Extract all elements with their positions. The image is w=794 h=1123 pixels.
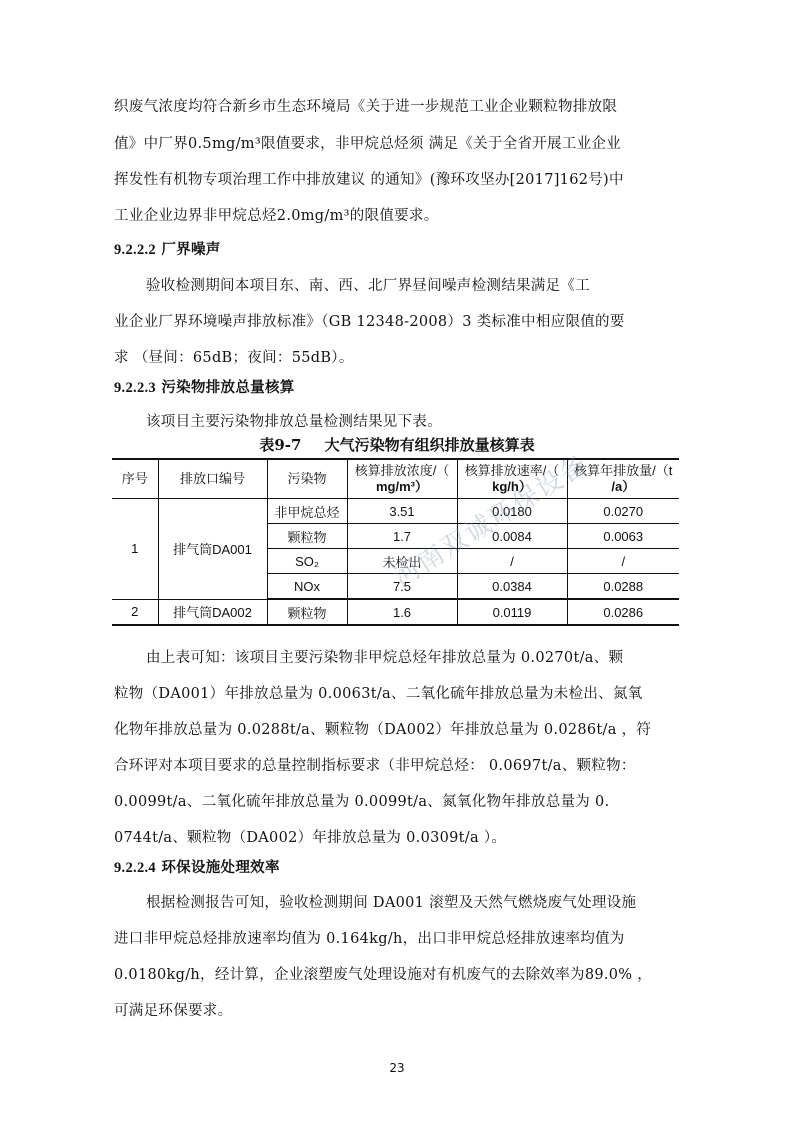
table-row: 1 排气筒DA001 非甲烷总烃 3.51 0.0180 0.0270 — [112, 499, 679, 524]
cell-rate: / — [457, 549, 567, 574]
paragraph-line: 值》中厂界0.5mg/m³限值要求，非甲烷总烃须 满足《关于全省开展工业企业 — [114, 132, 621, 153]
paragraph-line: 工业企业边界非甲烷总烃2.0mg/m³的限值要求。 — [114, 204, 439, 225]
cell-outlet: 排气筒DA002 — [158, 599, 267, 625]
cell-seq: 1 — [112, 499, 158, 600]
paragraph-line: 由上表可知：该项目主要污染物非甲烷总烃年排放总量为 0.0270t/a、颗 — [146, 646, 623, 667]
section-heading-noise: 9.2.2.2 厂界噪声 — [114, 238, 221, 259]
table-caption: 表9-7 大气污染物有组织排放量核算表 — [0, 434, 794, 455]
paragraph-line: 求 （昼间：65dB；夜间：55dB）。 — [114, 346, 354, 367]
section-number: 9.2.2.3 — [114, 380, 156, 396]
cell-pollutant: 颗粒物 — [267, 524, 347, 549]
cell-annual: 0.0288 — [567, 574, 679, 600]
table-caption-title: 大气污染物有组织排放量核算表 — [325, 436, 535, 454]
cell-annual: / — [567, 549, 679, 574]
cell-annual: 0.0270 — [567, 499, 679, 524]
cell-pollutant: NOx — [267, 574, 347, 600]
cell-concentration: 1.7 — [347, 524, 457, 549]
cell-rate: 0.0384 — [457, 574, 567, 600]
table-row: 2 排气筒DA002 颗粒物 1.6 0.0119 0.0286 — [112, 599, 679, 625]
emission-table: 序号 排放口编号 污染物 核算排放浓度/（ mg/m³） 核算排放速率/（ kg… — [112, 458, 679, 626]
section-heading-total: 9.2.2.3 污染物排放总量核算 — [114, 376, 295, 397]
cell-pollutant: 非甲烷总烃 — [267, 499, 347, 524]
paragraph-line: 可满足环保要求。 — [114, 999, 232, 1020]
cell-rate: 0.0119 — [457, 599, 567, 625]
header-pollutant: 污染物 — [267, 459, 347, 499]
section-title: 污染物排放总量核算 — [161, 379, 294, 396]
table-caption-number: 表9-7 — [259, 436, 301, 454]
section-heading-efficiency: 9.2.2.4 环保设施处理效率 — [114, 856, 280, 877]
section-number: 9.2.2.4 — [114, 860, 156, 876]
cell-concentration: 1.6 — [347, 599, 457, 625]
cell-concentration: 7.5 — [347, 574, 457, 600]
paragraph-line: 0744t/a、颗粒物（DA002）年排放总量为 0.0309t/a ）。 — [114, 826, 506, 847]
header-outlet: 排放口编号 — [158, 459, 267, 499]
cell-outlet: 排气筒DA001 — [158, 499, 267, 600]
header-concentration: 核算排放浓度/（ mg/m³） — [347, 459, 457, 499]
section-title: 厂界噪声 — [161, 241, 220, 258]
paragraph-line: 0.0099t/a、二氧化硫年排放总量为 0.0099t/a、氮氧化物年排放总量… — [114, 790, 609, 811]
cell-annual: 0.0063 — [567, 524, 679, 549]
page-number: 23 — [0, 1061, 794, 1075]
paragraph-line: 化物年排放总量为 0.0288t/a、颗粒物（DA002）年排放总量为 0.02… — [114, 718, 651, 739]
cell-rate: 0.0180 — [457, 499, 567, 524]
paragraph-line: 挥发性有机物专项治理工作中排放建议 的通知》(豫环攻坚办[2017]162号)中 — [114, 168, 624, 189]
paragraph-line: 0.0180kg/h，经计算，企业滚塑废气处理设施对有机废气的去除效率为89.0… — [114, 963, 652, 984]
cell-seq: 2 — [112, 599, 158, 625]
paragraph-line: 合环评对本项目要求的总量控制指标要求（非甲烷总烃： 0.0697t/a、颗粒物： — [114, 754, 636, 775]
paragraph-line: 粒物（DA001）年排放总量为 0.0063t/a、二氧化硫年排放总量为未检出、… — [114, 682, 643, 703]
paragraph-line: 验收检测期间本项目东、南、西、北厂界昼间噪声检测结果满足《工 — [146, 274, 590, 295]
paragraph-line: 根据检测报告可知，验收检测期间 DA001 滚塑及天然气燃烧废气处理设施 — [146, 891, 636, 912]
section-number: 9.2.2.2 — [114, 242, 156, 258]
cell-concentration: 未检出 — [347, 549, 457, 574]
paragraph-line: 业企业厂界环境噪声排放标准》（GB 12348-2008）3 类标准中相应限值的… — [114, 310, 625, 331]
header-annual: 核算年排放量/（t /a） — [567, 459, 679, 499]
section-title: 环保设施处理效率 — [161, 859, 279, 876]
cell-pollutant: 颗粒物 — [267, 599, 347, 625]
header-seq: 序号 — [112, 459, 158, 499]
cell-concentration: 3.51 — [347, 499, 457, 524]
table-header-row: 序号 排放口编号 污染物 核算排放浓度/（ mg/m³） 核算排放速率/（ kg… — [112, 459, 679, 499]
cell-rate: 0.0084 — [457, 524, 567, 549]
paragraph-line: 该项目主要污染物排放总量检测结果见下表。 — [146, 410, 442, 431]
document-page: 织废气浓度均符合新乡市生态环境局《关于进一步规范工业企业颗粒物排放限 值》中厂界… — [0, 0, 794, 1123]
paragraph-line: 进口非甲烷总烃排放速率均值为 0.164kg/h，出口非甲烷总烃排放速率均值为 — [114, 927, 625, 948]
header-rate: 核算排放速率/（ kg/h） — [457, 459, 567, 499]
cell-annual: 0.0286 — [567, 599, 679, 625]
paragraph-line: 织废气浓度均符合新乡市生态环境局《关于进一步规范工业企业颗粒物排放限 — [114, 95, 617, 116]
cell-pollutant: SO₂ — [267, 549, 347, 574]
